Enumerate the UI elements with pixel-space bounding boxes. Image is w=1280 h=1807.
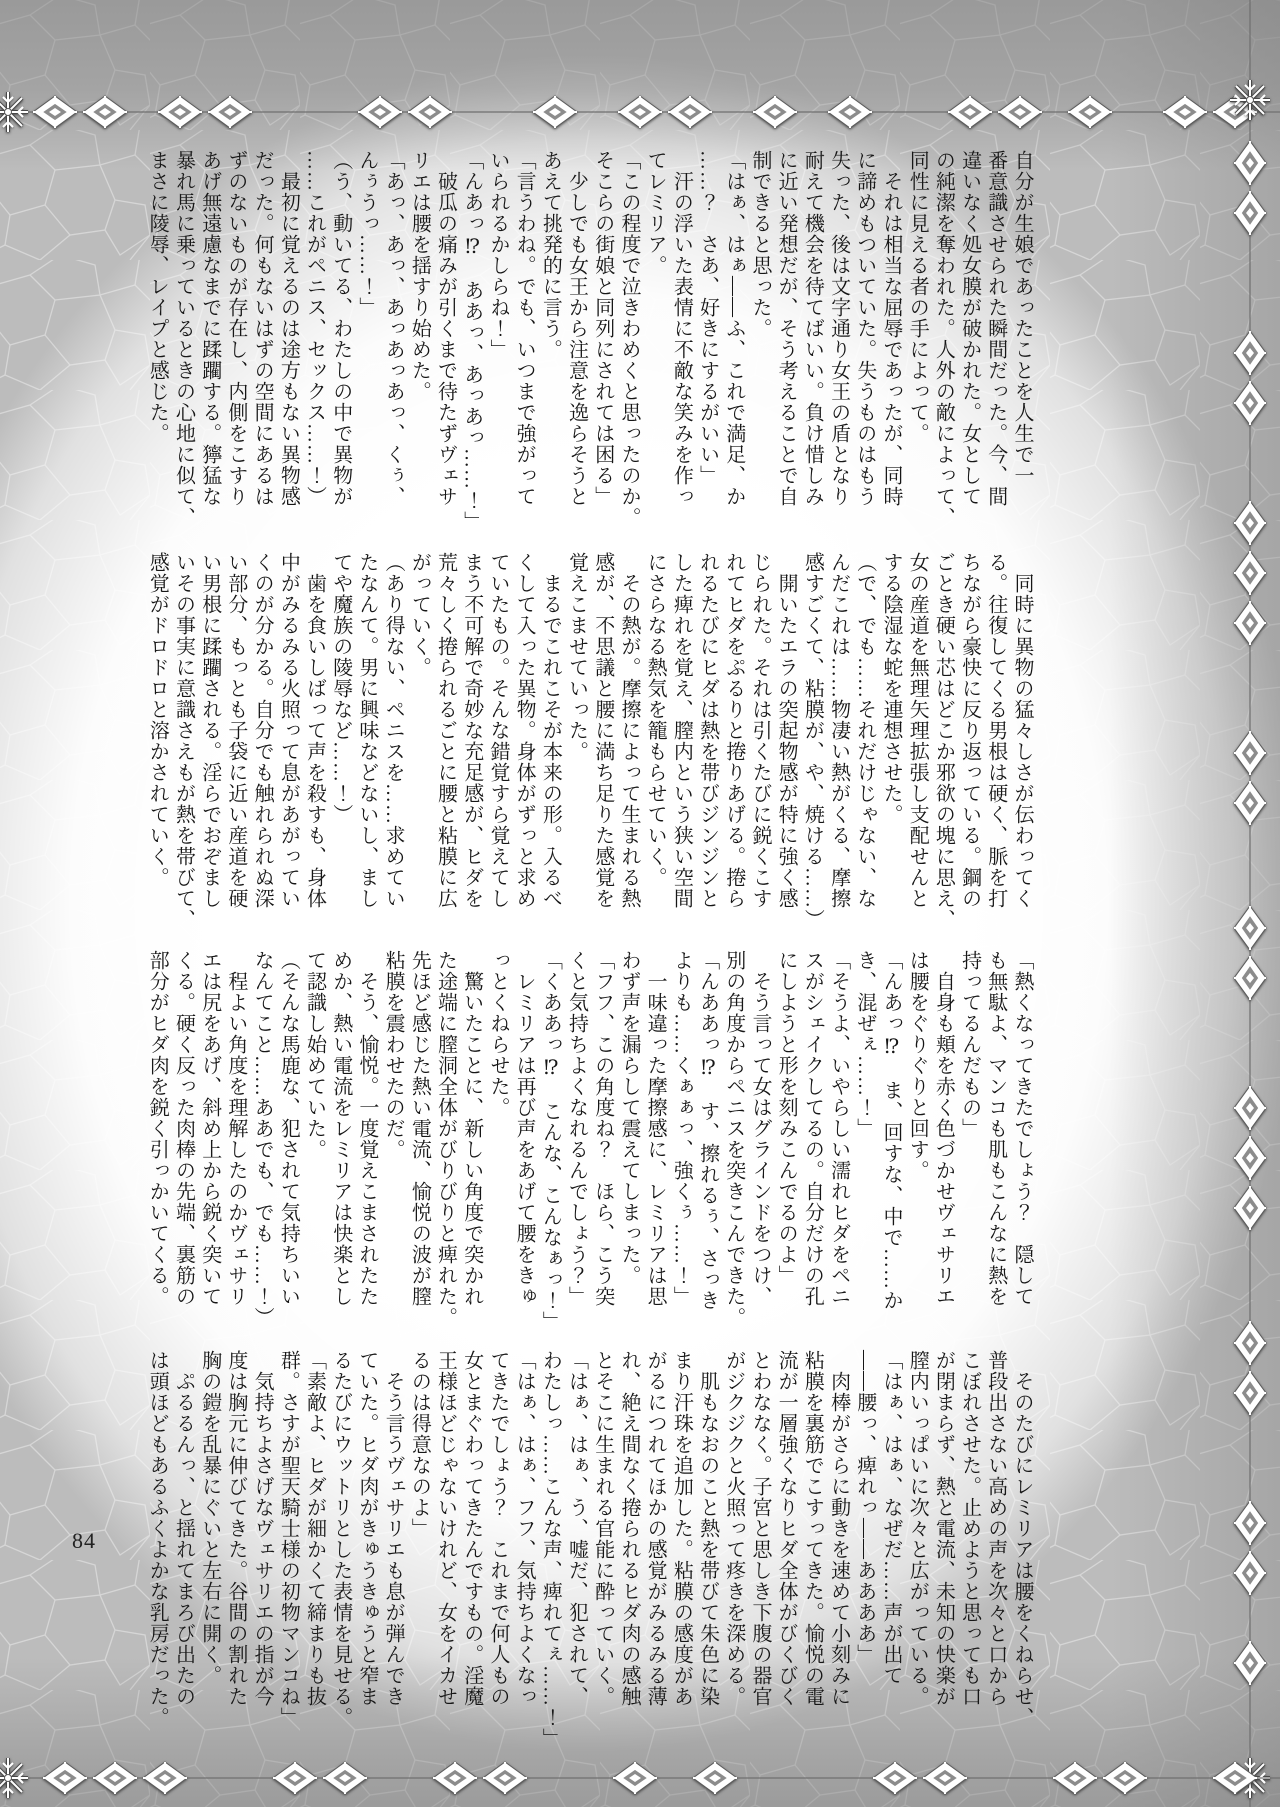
text-column: 「熱くなってきたでしょう？ 隠して [1009,950,1035,1316]
text-column: ちながら豪快に反り返っている。鋼の [956,552,982,918]
text-column: っとくねらせた。 [485,950,511,1316]
text-column: 破瓜の痛みが引くまで待たずヴェサ [432,150,458,516]
text-column: あえて挑発的に言う。 [537,150,563,516]
text-column: そう、愉悦。一度覚えこまされたた [354,950,380,1316]
text-column: くる。硬く反った肉棒の先端、裏筋の [170,950,196,1316]
text-column: ぷるるんっ、と揺れてまろび出たの [170,1350,196,1716]
text-column: その熱が。摩擦によって生まれる熱 [616,552,642,918]
ornament-chain-top [0,88,1280,136]
text-column: よりも……くぁぁっ、強くぅ……！」 [668,950,694,1316]
text-column: の純潔を奪われた。人外の敵によって、 [930,150,956,516]
text-column: て認識し始めていた。 [301,950,327,1316]
text-column: 先ほど感じた熱い電流、愉悦の波が膣 [406,950,432,1316]
snowflake-icon [1230,80,1270,120]
text-column: れてヒダをぷるりと捲りあげる。捲ら [721,552,747,918]
text-column: んぅうっ……！」 [354,150,380,516]
page-number: 84 [72,1528,96,1554]
text-column: 「んああっ⁉ す、擦れるぅ、さっき [694,950,720,1316]
text-column: 「くああっ⁉ こんな、こんなぁっ！」 [537,950,563,1316]
text-column: 胸の鎧を乱暴にぐいと左右に開く。 [197,1350,223,1716]
text-column: 最初に覚えるのは途方もない異物感 [275,150,301,516]
text-column: 膣内いっぱいに次々と広がっている。 [904,1350,930,1716]
text-column: ――腰っ、痺れっ――ああああ」 [852,1350,878,1716]
text-band-4: そのたびにレミリアは腰をくねらせ、普段出さない高めの声を次々と口からこぼれさせた… [145,1350,1035,1716]
text-column: 覚えこませていった。 [563,552,589,918]
text-column: 別の角度からペニスを突きこんできた。 [721,950,747,1316]
text-column: が閉まらず、熱と電流、未知の快楽が [930,1350,956,1716]
text-column: こぼれさせた。止めようと思っても口 [956,1350,982,1716]
text-column: 程よい角度を理解したのかヴェサリ [223,950,249,1316]
text-column: いられるかしらね！」 [485,150,511,516]
text-column: 「言うわね。でも、いつまで強がって [511,150,537,516]
text-column: る。往復してくる男根は硬く、脈を打 [983,552,1009,918]
text-column: がるにつれてほかの感覚がみるみる薄 [642,1350,668,1716]
text-column: じられた。それは引くたびに鋭くこす [747,552,773,918]
text-column: 「そうよ、いやらしい濡れヒダをペニ [825,950,851,1316]
text-column: 流が一層強くなりヒダ全体がびくびく [773,1350,799,1716]
text-column: した痺れを覚え、膣内という狭い空間 [668,552,694,918]
text-column: 自分が生娘であったことを人生で一 [1009,150,1035,516]
text-column: てきたでしょう？ これまで何人もの [485,1350,511,1716]
text-column: 違いなく処女膜が破かれた。女として [956,150,982,516]
text-column: エは尻をあげ、斜め上から鋭く突いて [197,950,223,1316]
text-column: する陰湿な蛇を連想させた。 [878,552,904,918]
text-column: 「この程度で泣きわめくと思ったのか。 [616,150,642,516]
text-column: 中がみるみる火照って息があがってい [275,552,301,918]
text-column: 女の産道を無理矢理拡張し支配せんと [904,552,930,918]
text-column: いその事実に意識さえもが熱を帯びて、 [170,552,196,918]
text-column: がジクジクと火照って疼きを深める。 [721,1350,747,1716]
text-column: 「はぁ、はぁ、う、嘘だ、犯されて、 [563,1350,589,1716]
text-column: 「はぁ、はぁ、なぜだ……声が出て [878,1350,904,1716]
text-column: ていたもの。そんな錯覚すら覚えてし [485,552,511,918]
text-column: まるでこれこそが本来の形。入るべ [537,552,563,918]
text-column: 肉棒がさらに動きを速めて小刻みに [825,1350,851,1716]
text-column: 同性に見える者の手によって。 [904,150,930,516]
text-column: そのたびにレミリアは腰をくねらせ、 [1009,1350,1035,1716]
text-column: に近い発想だが、そう考えることで自 [773,150,799,516]
text-column: くして入った異物。身体がずっと求め [511,552,537,918]
text-column: い男根に蹂躙される。淫らでおぞまし [197,552,223,918]
text-band-2: 同時に異物の猛々しさが伝わってくる。往復してくる男根は硬く、脈を打ちながら豪快に… [145,552,1035,918]
text-column: 「はぁ、はぁ、フフ、気持ちよくなっ [511,1350,537,1716]
text-column: そこらの街娘と同列にされては困る」 [590,150,616,516]
text-column: くと気持ちよくなれるんでしょう？」 [563,950,589,1316]
text-column: 歯を食いしばって声を殺すも、身体 [301,552,327,918]
text-column: 感すごくて、粘膜が、や、焼ける……） [799,552,825,918]
text-column: 開いたエラの突起物感が特に強く感 [773,552,799,918]
text-column: てレミリア。 [642,150,668,516]
text-column: 失った、後は文字通り女王の盾となり [825,150,851,516]
text-column: スがシェイクしてるの。自分だけの孔 [799,950,825,1316]
scanned-novel-page: 自分が生娘であったことを人生で一番意識させられた瞬間だった。今、間違いなく処女膜… [0,0,1280,1807]
text-column: たなんて。男に興味などないし、まし [354,552,380,918]
text-column: 制できると思った。 [747,150,773,516]
text-column: ずのないものが存在し、内側をこすり [223,150,249,516]
text-column: 感覚がドロドロと溶かされていく。 [144,552,170,918]
text-column: わたしっ……こんな声、痺れてぇ……！」 [537,1350,563,1716]
text-column: だった。何もないはずの空間にあるは [249,150,275,516]
text-column: とわななく。子宮と思しき下腹の器官 [747,1350,773,1716]
text-column: てや魔族の陵辱など……！） [328,552,354,918]
text-column: た途端に膣洞全体がびりびりと痺れた。 [432,950,458,1316]
text-column: き、混ぜぇ……！」 [852,950,878,1316]
text-column: 一味違った摩擦感に、レミリアは思 [642,950,668,1316]
text-column: （あり得ない、ペニスを……求めてい [380,552,406,918]
text-column: 「あっ、あっ、あっあっあっ、くぅ、 [380,150,406,516]
text-band-3: 「熱くなってきたでしょう？ 隠しても無駄よ、マンコも肌もこんなに熱を持ってるんだ… [145,950,1035,1316]
text-column: も無駄よ、マンコも肌もこんなに熱を [983,950,1009,1316]
text-column: そう言って女はグラインドをつけ、 [747,950,773,1316]
text-column: 持ってるんだもの」 [956,950,982,1316]
text-column: 女とまぐわってきたんですもの。淫魔 [459,1350,485,1716]
text-column: レミリアは再び声をあげて腰をきゅ [511,950,537,1316]
text-column: とそこに生まれる官能に酔っていく。 [590,1350,616,1716]
snowflake-icon [0,92,28,132]
text-column: 肌もなおのこと熱を帯びて朱色に染 [694,1350,720,1716]
text-column: 気持ちよさげなヴェサリエの指が今 [249,1350,275,1716]
text-column: くのが分かる。自分でも触れられぬ深 [249,552,275,918]
text-column: るたびにウットリとした表情を見せる。 [328,1350,354,1716]
text-column: わず声を漏らして震えてしまった。 [616,950,642,1316]
text-column: それは相当な屈辱であったが、同時 [878,150,904,516]
text-column: まさに陵辱、レイプと感じた。 [144,150,170,516]
text-column: い部分、もっとも子袋に近い産道を硬 [223,552,249,918]
text-column: がっていく。 [406,552,432,918]
text-column: んだこれは……物凄い熱がくる、摩擦 [825,552,851,918]
text-column: 「はぁ、はぁ――ふ、これで満足、か [721,150,747,516]
text-column: 驚いたことに、新しい角度で突かれ [459,950,485,1316]
text-column: 「んあっ⁉ ま、回すな、中で……か [878,950,904,1316]
text-column: めか、熱い電流をレミリアは快楽とし [328,950,354,1316]
text-column: 荒々しく捲られるごとに腰と粘膜に広 [432,552,458,918]
snowflake-icon [0,1758,28,1798]
text-column: そう言うヴェサリエも息が弾んでき [380,1350,406,1716]
text-column: （で、でも……それだけじゃない、な [852,552,878,918]
text-column: るのは得意なのよ」 [406,1350,432,1716]
text-column: まり汗珠を追加した。粘膜の感度があ [668,1350,694,1716]
text-column: に諦めもついていた。失うものはもう [852,150,878,516]
text-column: 粘膜を裏筋でこすってきた。愉悦の電 [799,1350,825,1716]
text-column: 粘膜を震わせたのだ。 [380,950,406,1316]
text-column: ごとき硬い芯はどこか邪欲の塊に思え、 [930,552,956,918]
text-column: 「素敵よ、ヒダが細かくて締まりも抜 [301,1350,327,1716]
text-column: あげ無遠慮なまでに蹂躙する。獰猛な [197,150,223,516]
text-column: ……？ さあ、好きにするがいい」 [694,150,720,516]
text-column: れるたびにヒダは熱を帯びジンジンと [694,552,720,918]
text-column: リエは腰を揺すり始めた。 [406,150,432,516]
text-column: 部分がヒダ肉を鋭く引っかいてくる。 [144,950,170,1316]
text-column: 同時に異物の猛々しさが伝わってく [1009,552,1035,918]
text-column: 群。さすが聖天騎士様の初物マンコね」 [275,1350,301,1716]
ornament-chain-bottom [0,1754,1280,1802]
text-column: （そんな馬鹿な、犯されて気持ちいい [275,950,301,1316]
text-column: は頭ほどもあるふくよかな乳房だった。 [144,1350,170,1716]
text-column: にしようと形を刻みこんでるのよ」 [773,950,799,1316]
text-column: 度は胸元に伸びてきた。谷間の割れた [223,1350,249,1716]
text-column: ……これがペニス、セックス……！） [301,150,327,516]
text-column: 汗の浮いた表情に不敵な笑みを作っ [668,150,694,516]
text-column: （う、動いてる、わたしの中で異物が [328,150,354,516]
text-column: 普段出さない高めの声を次々と口から [983,1350,1009,1716]
ornament-chain-right [1222,0,1278,1807]
text-column: 耐えて機会を待てばいい。負け惜しみ [799,150,825,516]
text-column: 暴れ馬に乗っているときの心地に似て、 [170,150,196,516]
text-column: にさらなる熱気を籠もらせていく。 [642,552,668,918]
text-column: 「んあっ⁉ ああっ、あっあっ……！」 [459,150,485,516]
text-column: 王様ほどじゃないけれど、女をイカせ [432,1350,458,1716]
text-band-1: 自分が生娘であったことを人生で一番意識させられた瞬間だった。今、間違いなく処女膜… [145,150,1035,516]
text-column: 「フフ、この角度ね？ ほら、こう突 [590,950,616,1316]
text-column: は腰をぐりぐりと回す。 [904,950,930,1316]
text-column: 少しでも女王から注意を逸らそうと [563,150,589,516]
text-column: 自身も頬を赤く色づかせヴェサリエ [930,950,956,1316]
text-column: 感が、不思議と腰に満ち足りた感覚を [590,552,616,918]
text-column: れ、絶え間なく捲られるヒダ肉の感触 [616,1350,642,1716]
text-column: なんてこと……ああでも、でも……！） [249,950,275,1316]
text-column: 番意識させられた瞬間だった。今、間 [983,150,1009,516]
text-column: ていた。ヒダ肉がきゅうきゅうと窄ま [354,1350,380,1716]
text-column: まう不可解で奇妙な充足感が、ヒダを [459,552,485,918]
